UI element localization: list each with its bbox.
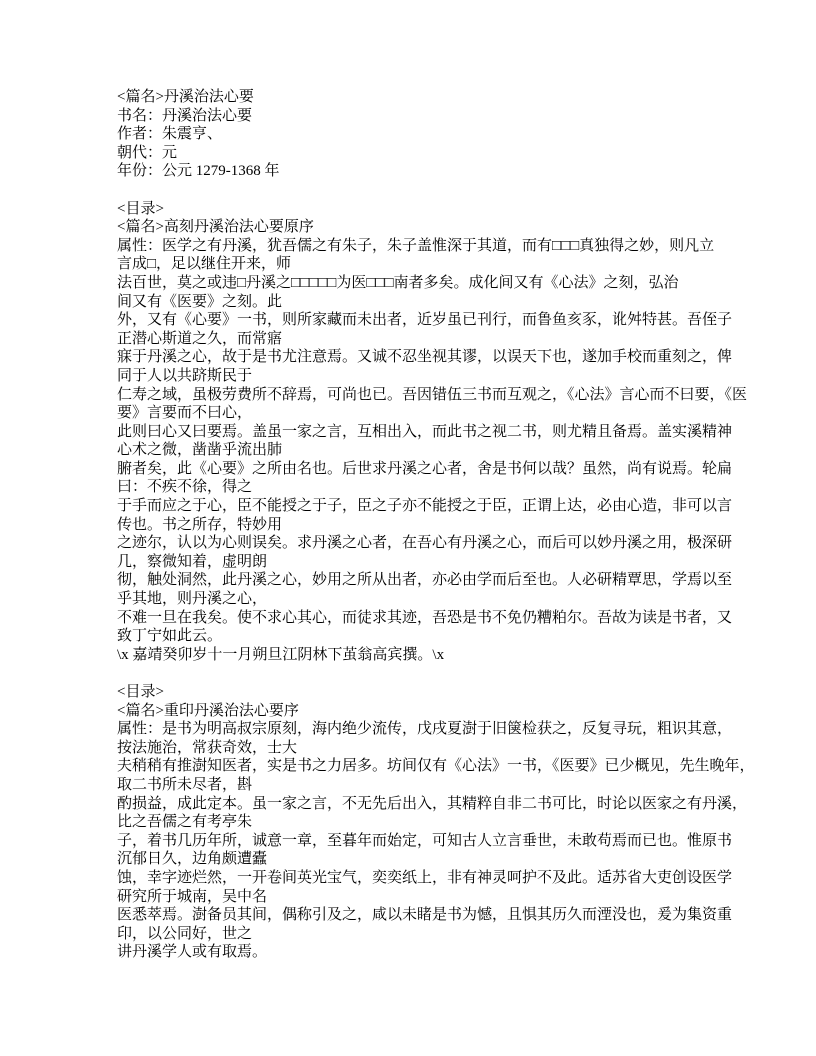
text-line: 取二书所未尽者，斟 (117, 776, 736, 795)
text-line: 子，着书几历年所，诚意一章，至暮年而始定，可知古人立言垂世，未敢苟焉而已也。惟原… (117, 832, 736, 851)
text-line: 外，又有《心要》一书，则所家藏而未出者，近岁虽已刊行，而鲁鱼亥豕，讹舛特甚。吾侄… (117, 311, 736, 330)
text-line: 不难一旦在我矣。使不求心其心，而徒求其迹，吾恐是书不免仍糟粕尔。吾故为读是书者，… (117, 609, 736, 628)
section-original-preface: <目录> <篇名>高刻丹溪治法心要原序 属性：医学之有丹溪，犹吾儒之有朱子，朱子… (117, 200, 736, 665)
text-line: 同于人以共跻斯民于 (117, 367, 736, 386)
text-line: 按法施治，常获奇效，士大 (117, 739, 736, 758)
text-line: 法百世，莫之或违□丹溪之□□□□□为医□□□南者多矣。成化间又有《心法》之刻，弘… (117, 274, 736, 293)
section-body: 属性：是书为明高叔宗原刻，海内绝少流传，戊戌夏澍于旧箧检获之，反复寻玩，粗识其意… (117, 720, 736, 962)
text-line: 仁寿之域，虽极劳费所不辞焉，可尚也已。吾因错伍三书而互观之，《心法》言心而不曰要… (117, 386, 736, 405)
text-line: 乎其地，则丹溪之心， (117, 590, 736, 609)
section-title: <篇名>高刻丹溪治法心要原序 (117, 218, 736, 237)
text-line: 之迹尔，认以为心则误矣。求丹溪之心者，在吾心有丹溪之心，而后可以妙丹溪之用，极深… (117, 534, 736, 553)
text-line: 致丁宁如此云。 (117, 627, 736, 646)
text-line: 传也。书之所存，特妙用 (117, 516, 736, 535)
text-line: 于手而应之于心，臣不能授之于子，臣之子亦不能授之于臣，正谓上达，必由心造，非可以… (117, 497, 736, 516)
text-line: 印，以公同好，世之 (117, 925, 736, 944)
text-line: 间又有《医要》之刻。此 (117, 293, 736, 312)
toc-marker: <目录> (117, 683, 736, 702)
text-line: 寐于丹溪之心，故于是书尤注意焉。又诚不忍坐视其谬，以误天下也，遂加手校而重刻之，… (117, 348, 736, 367)
text-line: <篇名>丹溪治法心要 (117, 88, 736, 107)
text-line: 作者：朱震亨、 (117, 125, 736, 144)
text-line: 蚀，幸字迹烂然，一开卷间英光宝气，奕奕纸上，非有神灵呵护不及此。适苏省大吏创设医… (117, 869, 736, 888)
document-page: <篇名>丹溪治法心要书名：丹溪治法心要作者：朱震亨、朝代：元年份：公元 1279… (0, 0, 816, 1056)
text-line: 比之吾儒之有考亭朱 (117, 813, 736, 832)
text-line: 夫稍稍有推澍知医者，实是书之力居多。坊间仅有《心法》一书，《医要》已少概见，先生… (117, 757, 736, 776)
header-block: <篇名>丹溪治法心要书名：丹溪治法心要作者：朱震亨、朝代：元年份：公元 1279… (117, 88, 736, 181)
section-body: 属性：医学之有丹溪，犹吾儒之有朱子，朱子盖惟深于其道，而有□□□真独得之妙，则凡… (117, 237, 736, 665)
text-line: 言成□，足以继住开来，师 (117, 255, 736, 274)
text-line: 腑者矣，此《心要》之所由名也。后世求丹溪之心者，舍是书何以哉？虽然，尚有说焉。轮… (117, 460, 736, 479)
text-line: 年份：公元 1279-1368 年 (117, 162, 736, 181)
text-line: 酌损益，成此定本。虽一家之言，不无先后出入，其精粹自非二书可比，时论以医家之有丹… (117, 795, 736, 814)
text-line: 属性：医学之有丹溪，犹吾儒之有朱子，朱子盖惟深于其道，而有□□□真独得之妙，则凡… (117, 237, 736, 256)
text-line: 几，察微知着，虚明朗 (117, 553, 736, 572)
toc-marker: <目录> (117, 200, 736, 219)
text-line: 曰：不疾不徐，得之 (117, 478, 736, 497)
text-line: 正潜心斯道之久，而常寤 (117, 330, 736, 349)
text-line: \x 嘉靖癸卯岁十一月朔旦江阴林下茧翁高宾撰。\x (117, 646, 736, 665)
text-line: 研究所于城南，吴中名 (117, 888, 736, 907)
text-line: 此则曰心又曰要焉。盖虽一家之言，互相出入，而此书之视二书，则尤精且备焉。盖实溪精… (117, 423, 736, 442)
text-line: 心术之微，凿凿乎流出肺 (117, 441, 736, 460)
section-title: <篇名>重印丹溪治法心要序 (117, 702, 736, 721)
text-line: 要》言要而不曰心， (117, 404, 736, 423)
text-line: 彻，触处洞然，此丹溪之心，妙用之所从出者，亦必由学而后至也。人必研精覃思，学焉以… (117, 571, 736, 590)
text-line: 朝代：元 (117, 144, 736, 163)
text-line: 书名：丹溪治法心要 (117, 107, 736, 126)
section-reprint-preface: <目录> <篇名>重印丹溪治法心要序 属性：是书为明高叔宗原刻，海内绝少流传，戊… (117, 683, 736, 962)
text-line: 医悉萃焉。澍备员其间，偶称引及之，咸以未睹是书为憾，且惧其历久而湮没也，爰为集资… (117, 906, 736, 925)
text-line: 属性：是书为明高叔宗原刻，海内绝少流传，戊戌夏澍于旧箧检获之，反复寻玩，粗识其意… (117, 720, 736, 739)
text-line: 讲丹溪学人或有取焉。 (117, 943, 736, 962)
text-line: 沉郁日久，边角颇遭蠹 (117, 850, 736, 869)
